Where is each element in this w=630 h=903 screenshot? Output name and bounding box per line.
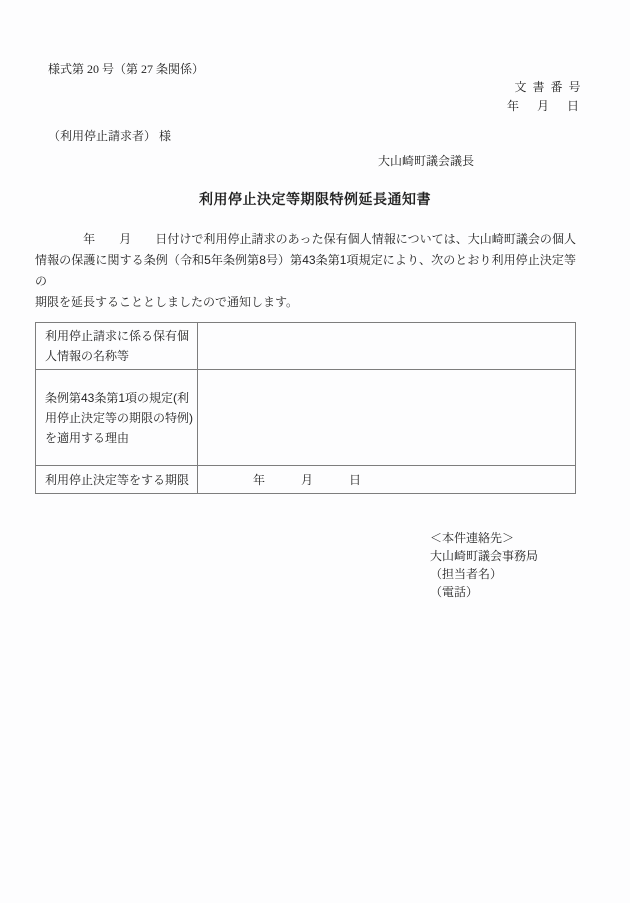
row-label-line: を適用する理由 (45, 428, 197, 448)
row-label-line: 用停止決定等の期限の特例) (45, 408, 197, 428)
contact-phone: （電話） (430, 583, 538, 601)
doc-number-block: 文 書 番 号 年 月 日 (507, 78, 582, 116)
row-label-line: 利用停止決定等をする期限 (45, 470, 197, 490)
contact-heading: ＜本件連絡先＞ (430, 529, 538, 547)
document-page: 様式第 20 号（第 27 条関係） 文 書 番 号 年 月 日 （利用停止請求… (0, 0, 630, 903)
contact-person: （担当者名） (430, 565, 538, 583)
row-value: 年 月 日 (198, 466, 575, 493)
row-label: 利用停止決定等をする期限 (36, 466, 198, 493)
doc-date-placeholder: 年 月 日 (507, 97, 582, 116)
document-title: 利用停止決定等期限特例延長通知書 (0, 189, 630, 209)
date-fields: 年 月 日 (205, 471, 575, 488)
body-line: 年 月 日付けで利用停止請求のあった保有個人情報については、大山崎町議会の個人 (35, 229, 576, 250)
body-paragraph: 年 月 日付けで利用停止請求のあった保有個人情報については、大山崎町議会の個人 … (35, 229, 576, 313)
row-value (198, 323, 575, 369)
sender-name: 大山崎町議会議長 (378, 152, 474, 169)
table-row: 利用停止請求に係る保有個 人情報の名称等 (36, 323, 575, 370)
row-label-line: 条例第43条第1項の規定(利 (45, 388, 197, 408)
body-line: 期限を延長することとしましたので通知します。 (35, 292, 576, 313)
row-label: 利用停止請求に係る保有個 人情報の名称等 (36, 323, 198, 369)
doc-number-label: 文 書 番 号 (507, 78, 582, 97)
table-row: 利用停止決定等をする期限 年 月 日 (36, 466, 575, 493)
row-label-line: 利用停止請求に係る保有個 (45, 326, 197, 346)
contact-office: 大山崎町議会事務局 (430, 547, 538, 565)
row-label-line: 人情報の名称等 (45, 346, 197, 366)
form-number: 様式第 20 号（第 27 条関係） (48, 60, 204, 77)
recipient-line: （利用停止請求者） 様 (48, 127, 171, 144)
contact-block: ＜本件連絡先＞ 大山崎町議会事務局 （担当者名） （電話） (430, 529, 538, 601)
row-label: 条例第43条第1項の規定(利 用停止決定等の期限の特例) を適用する理由 (36, 370, 198, 465)
body-line: 情報の保護に関する条例（令和5年条例第8号）第43条第1項規定により、次のとおり… (35, 250, 576, 292)
table-row: 条例第43条第1項の規定(利 用停止決定等の期限の特例) を適用する理由 (36, 370, 575, 466)
row-value (198, 370, 575, 465)
notice-table: 利用停止請求に係る保有個 人情報の名称等 条例第43条第1項の規定(利 用停止決… (35, 322, 576, 494)
